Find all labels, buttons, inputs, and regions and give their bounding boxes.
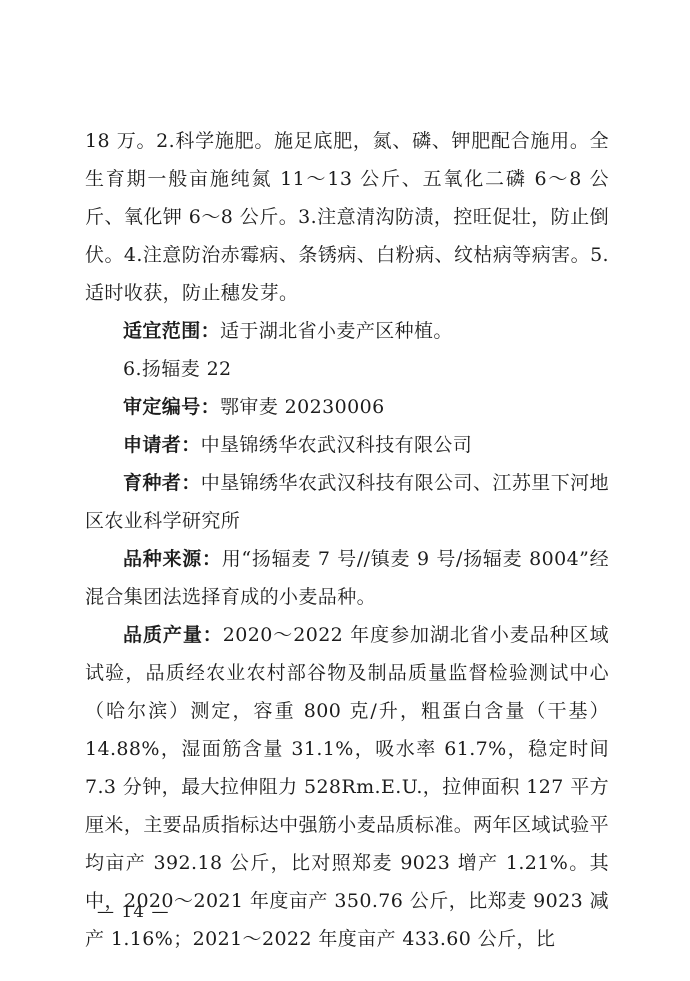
- paragraph: 育种者：中垦锦绣华农武汉科技有限公司、江苏里下河地区农业科学研究所: [85, 464, 609, 540]
- field-label: 品种来源：: [123, 548, 222, 570]
- paragraph-text: 中垦锦绣华农武汉科技有限公司: [201, 434, 473, 456]
- field-label: 审定编号：: [123, 396, 220, 418]
- field-label: 适宜范围：: [123, 320, 220, 342]
- paragraph: 6.扬辐麦 22: [85, 350, 609, 388]
- field-label: 育种者：: [123, 472, 201, 494]
- paragraph-text: 适于湖北省小麦产区种植。: [220, 320, 453, 342]
- paragraph-text: 6.扬辐麦 22: [123, 358, 232, 380]
- field-label: 品质产量：: [123, 624, 223, 646]
- paragraph: 申请者：中垦锦绣华农武汉科技有限公司: [85, 426, 609, 464]
- paragraph: 品种来源：用“扬辐麦 7 号//镇麦 9 号/扬辐麦 8004”经混合集团法选择…: [85, 540, 609, 616]
- paragraph-text: 18 万。2.科学施肥。施足底肥，氮、磷、钾肥配合施用。全生育期一般亩施纯氮 1…: [85, 130, 609, 304]
- page-number: — 14 —: [97, 902, 169, 922]
- paragraph: 18 万。2.科学施肥。施足底肥，氮、磷、钾肥配合施用。全生育期一般亩施纯氮 1…: [85, 122, 609, 312]
- document-page: 18 万。2.科学施肥。施足底肥，氮、磷、钾肥配合施用。全生育期一般亩施纯氮 1…: [0, 0, 690, 981]
- field-label: 申请者：: [123, 434, 201, 456]
- document-body: 18 万。2.科学施肥。施足底肥，氮、磷、钾肥配合施用。全生育期一般亩施纯氮 1…: [85, 122, 609, 958]
- paragraph: 审定编号：鄂审麦 20230006: [85, 388, 609, 426]
- paragraph-text: 鄂审麦 20230006: [220, 396, 385, 418]
- paragraph: 适宜范围：适于湖北省小麦产区种植。: [85, 312, 609, 350]
